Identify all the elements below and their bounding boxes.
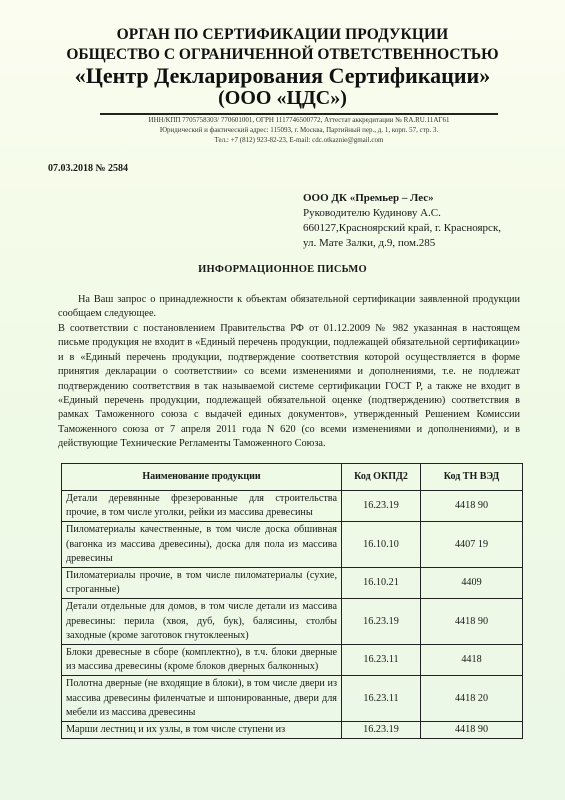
paragraph-intro: На Ваш запрос о принадлежности к объекта… xyxy=(58,293,520,322)
okpd2-cell: 16.23.19 xyxy=(342,722,421,739)
tnved-cell: 4407 19 xyxy=(421,522,523,568)
tnved-cell: 4418 xyxy=(421,645,523,676)
product-name-cell: Полотна дверные (не входящие в блоки), в… xyxy=(62,676,342,722)
header-okpd2: Код ОКПД2 xyxy=(342,464,421,491)
product-name-cell: Марши лестниц и их узлы, в том числе сту… xyxy=(62,722,342,739)
letter-title: ИНФОРМАЦИОННОЕ ПИСЬМО xyxy=(0,264,565,275)
addressee-address-line: ул. Мате Залки, д.9, пом.285 xyxy=(303,236,501,251)
table-row: Полотна дверные (не входящие в блоки), в… xyxy=(62,676,523,722)
okpd2-cell: 16.23.19 xyxy=(342,599,421,645)
table-row: Блоки древесные в сборе (комплектно), в … xyxy=(62,645,523,676)
table-row: Детали деревянные фрезерованные для стро… xyxy=(62,491,523,522)
tnved-cell: 4418 90 xyxy=(421,722,523,739)
addressee-block: ООО ДК «Премьер – Лес» Руководителю Куди… xyxy=(303,191,501,251)
product-name-cell: Пиломатериалы качественные, в том числе … xyxy=(62,522,342,568)
product-name-cell: Блоки древесные в сборе (комплектно), в … xyxy=(62,645,342,676)
table-row: Пиломатериалы качественные, в том числе … xyxy=(62,522,523,568)
okpd2-cell: 16.10.10 xyxy=(342,522,421,568)
letterhead-divider xyxy=(100,113,498,115)
product-name-cell: Детали отдельные для домов, в том числе … xyxy=(62,599,342,645)
letterhead-line-1: ОРГАН ПО СЕРТИФИКАЦИИ ПРОДУКЦИИ xyxy=(0,26,565,44)
okpd2-cell: 16.23.19 xyxy=(342,491,421,522)
tnved-cell: 4418 20 xyxy=(421,676,523,722)
products-table: Наименование продукции Код ОКПД2 Код ТН … xyxy=(61,463,523,739)
header-product-name: Наименование продукции xyxy=(62,464,342,491)
okpd2-cell: 16.23.11 xyxy=(342,676,421,722)
requisites-line: ИНН/КПП 7705758303/ 770601001, ОГРН 1117… xyxy=(100,116,498,126)
letterhead-short-name: (ООО «ЦДС») xyxy=(0,87,565,110)
table-header-row: Наименование продукции Код ОКПД2 Код ТН … xyxy=(62,464,523,491)
letterhead-company-name: «Центр Декларирования Сертификации» xyxy=(0,63,565,89)
table-row: Марши лестниц и их узлы, в том числе сту… xyxy=(62,722,523,739)
addressee-address-line: 660127,Красноярский край, г. Красноярск, xyxy=(303,221,501,236)
okpd2-cell: 16.10.21 xyxy=(342,568,421,599)
tnved-cell: 4418 90 xyxy=(421,491,523,522)
tnved-cell: 4409 xyxy=(421,568,523,599)
addressee-org: ООО ДК «Премьер – Лес» xyxy=(303,191,501,206)
tnved-cell: 4418 90 xyxy=(421,599,523,645)
product-name-cell: Пиломатериалы прочие, в том числе пилома… xyxy=(62,568,342,599)
addressee-person: Руководителю Кудинову А.С. xyxy=(303,206,501,221)
okpd2-cell: 16.23.11 xyxy=(342,645,421,676)
date-number: 07.03.2018 № 2584 xyxy=(48,163,128,174)
header-tnved: Код ТН ВЭД xyxy=(421,464,523,491)
product-name-cell: Детали деревянные фрезерованные для стро… xyxy=(62,491,342,522)
table-row: Детали отдельные для домов, в том числе … xyxy=(62,599,523,645)
paragraph-body: В соответствии с постановлением Правител… xyxy=(58,322,520,452)
requisites-line: Юридический и фактический адрес: 115093,… xyxy=(100,126,498,136)
table-row: Пиломатериалы прочие, в том числе пилома… xyxy=(62,568,523,599)
requisites-line: Тел.: +7 (812) 923-82-23, E-mail: cdc.ot… xyxy=(100,136,498,146)
letterhead-line-2: ОБЩЕСТВО С ОГРАНИЧЕННОЙ ОТВЕТСТВЕННОСТЬЮ xyxy=(0,46,565,64)
